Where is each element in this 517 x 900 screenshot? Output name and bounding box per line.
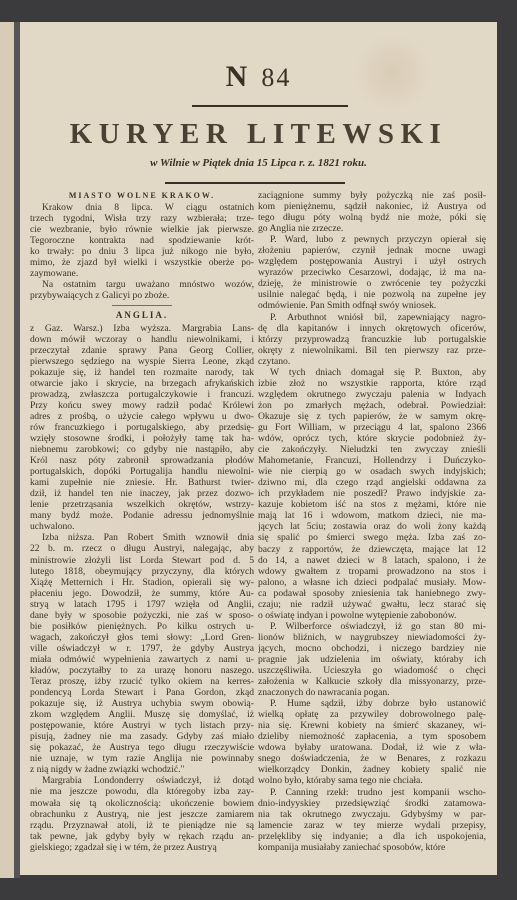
article-londonderry: Margrabia Londonderry oświadczył, iż dot… bbox=[30, 775, 254, 852]
text-line: niebnemu zarobkowi; co gdyby nie nastąpi… bbox=[30, 444, 254, 455]
text-line: kładów, poczytałby to za urazę honoru na… bbox=[30, 665, 254, 676]
text-line: P. Ward, lubo z pewnych przyczyn opierał… bbox=[258, 234, 486, 245]
text-line: z nią nigdy w żadne związki wchodzić." bbox=[30, 764, 254, 775]
text-line: Izba niższa. Pan Robert Smith wznowił dn… bbox=[30, 532, 254, 543]
text-line: down mówił wczoray o handlu niewolnikami… bbox=[30, 334, 254, 345]
text-line: Przy końcu swey mowy radził podać Królew… bbox=[30, 400, 254, 411]
text-line: wdowa byłaby uratowana. Dodał, iż wie z … bbox=[258, 742, 486, 753]
text-line: zaciągnione summy były pożyczką nie zaś … bbox=[258, 190, 486, 201]
text-line: lionów bliźnich, w naygrubszey niewiadom… bbox=[258, 632, 486, 643]
text-line: wyrazów przeciwko Cesarzowi, dodając, iż… bbox=[258, 267, 486, 278]
text-line: nia tak okrutnego zwyczaju. Gdybyśmy w p… bbox=[258, 809, 486, 820]
text-line: mowała się tą okolicznością: ukończenie … bbox=[30, 798, 254, 809]
section-heading-anglia: ANGLIA. bbox=[30, 310, 254, 321]
article-anglia-lower-house: Izba niższa. Pan Robert Smith wznowił dn… bbox=[30, 532, 254, 775]
text-line: go Anglia nie zrzecze. bbox=[258, 223, 486, 234]
text-line: rów francuzkiego i portugalskiego, aby p… bbox=[30, 422, 254, 433]
text-line: bie posiłków pieniężnych. Po kilku ostry… bbox=[30, 621, 254, 632]
article-ward: P. Ward, lubo z pewnych przyczyn opierał… bbox=[258, 234, 486, 311]
text-line: Okazuje się z tych papierów, że w samym … bbox=[258, 411, 486, 422]
text-line: odmówienie. Pan Smith odfnął swóy wniose… bbox=[258, 300, 486, 311]
text-line: wdowy gwałtem z tropami prowadzono na st… bbox=[258, 566, 486, 577]
text-line: z Gaz. Warsz.) Izba wyższa. Margrabia La… bbox=[30, 323, 254, 334]
newspaper-title: KURYER LITEWSKI bbox=[20, 118, 497, 151]
masthead-rule-bottom bbox=[165, 182, 345, 184]
text-line: izbie złoż no wszystkie rapporta, które … bbox=[258, 378, 486, 389]
text-line: obrachunku z Austryą, nie jest jeszcze z… bbox=[30, 809, 254, 820]
text-line: nia się. Krewni kobiety na śmierć skazan… bbox=[258, 720, 486, 731]
text-line: jących, mocno obchodzi, i niczego bardzi… bbox=[258, 643, 486, 654]
text-line: jących lat 5ciu; zostawia oraz do woli ż… bbox=[258, 521, 486, 532]
text-line: nie uznaje, w tym razie Anglija nie powi… bbox=[30, 753, 254, 764]
text-line: dane były w sposobie pożyczki, nie zaś w… bbox=[30, 610, 254, 621]
text-line: którzy przyprowadzą francuzkie lub portu… bbox=[258, 334, 486, 345]
text-line: pokazuje się, iż Austrya uchybia swym ob… bbox=[30, 698, 254, 709]
text-line: otwarcie jako i skrycie, na brzegach afr… bbox=[30, 378, 254, 389]
text-line: Na ostatnim targu uważano mnóstwo wozów, bbox=[30, 279, 254, 290]
text-line: względem okrutnego zwyczaju palenia w In… bbox=[258, 389, 486, 400]
text-line: baczy z rapportów, że dziewczęta, mające… bbox=[258, 544, 486, 555]
text-line: cie wezbranie, było równie wielkie jak p… bbox=[30, 224, 254, 235]
article-canning: P. Canning rzekł: trudno jest kompanii w… bbox=[258, 787, 486, 853]
text-line: się spalić po śmierci swego męża. Izba z… bbox=[258, 532, 486, 543]
text-line: dził, iż handel ten nie inaczey, jak prz… bbox=[30, 488, 254, 499]
text-line: wdów, oprócz tych, które skrycie podobni… bbox=[258, 433, 486, 444]
text-line: Tegoroczne kontrakta nad spodziewanie kr… bbox=[30, 235, 254, 246]
issue-number-value: 84 bbox=[261, 63, 291, 92]
text-line: wielką opłatę za przywiley dobrowolnego … bbox=[258, 709, 486, 720]
text-line: P. Hume sądził, iżby dobrze było ustanow… bbox=[258, 698, 486, 709]
text-line: Krakow dnia 8 lipca. W ciągu ostatnich bbox=[30, 202, 254, 213]
text-line: kami zupełnie nie zniesie. Hr. Bathurst … bbox=[30, 477, 254, 488]
text-line: wolno było, któraby sama tego nie chciał… bbox=[258, 775, 486, 786]
text-line: nie ma jeszcze powodu, dla któregoby izb… bbox=[30, 786, 254, 797]
text-line: stryą w latach 1795 i 1797 wzięła od Ang… bbox=[30, 599, 254, 610]
text-line: trzech tygodni, Wisła trzy razy wzbierał… bbox=[30, 213, 254, 224]
text-line: kazuje kobietom iść na stos z mężami, kt… bbox=[258, 499, 486, 510]
text-line: mimo, że zjazd był wielki i wszystkie ob… bbox=[30, 257, 254, 268]
text-line: adres z prośbą, o użycie całego wpływu u… bbox=[30, 411, 254, 422]
article-buxton: W tych dniach domagał się P. Buxton, aby… bbox=[258, 367, 486, 621]
text-line: żon po zmarłych mężach, odebrał. Powiedz… bbox=[258, 400, 486, 411]
text-line: czytano. bbox=[258, 356, 486, 367]
text-line: P. Canning rzekł: trudno jest kompanii w… bbox=[258, 787, 486, 798]
section-divider bbox=[112, 305, 172, 306]
text-line: dę dla kapitanów i innych okrętowych ofi… bbox=[258, 323, 486, 334]
text-line: się pokazać, że Austrya tego długu rzecz… bbox=[30, 742, 254, 753]
text-line: usilnie nalegać będą, i nie pozwolą na z… bbox=[258, 289, 486, 300]
text-line: rządu. Przyznawał atoli, iż te pieniądze… bbox=[30, 820, 254, 831]
text-line: wielkorządcy Donkin, żadney kobiety spal… bbox=[258, 764, 486, 775]
text-line: gu Fort William, w przeciągu 4 lat, spal… bbox=[258, 422, 486, 433]
text-line: pisują, żadney nie ma zasady. Gdyby zaś … bbox=[30, 731, 254, 742]
text-line: pondencyą Lorda Stewart i Pana Gordon, z… bbox=[30, 687, 254, 698]
text-line: okręty z niewolnikami. Bil ten pierwszy … bbox=[258, 345, 486, 356]
newspaper-page: N84 KURYER LITEWSKI w Wilnie w Piątek dn… bbox=[20, 22, 497, 875]
text-line: lenie przetrząsania wszelkich okrętów, w… bbox=[30, 499, 254, 510]
text-line: kom pieniężnemu, sądził nakoniec, iż Aus… bbox=[258, 201, 486, 212]
text-line: cie zakończyły. Nieludzki ten zwyczay zn… bbox=[258, 444, 486, 455]
text-line: palono, a własne ich dzieci podpalać mus… bbox=[258, 577, 486, 588]
text-line: Mahometanie, Francuzi, Hollendrzy i Duńc… bbox=[258, 455, 486, 466]
text-line: znaczonych do nawracania pogan. bbox=[258, 687, 486, 698]
text-line: postępowanie, które Austryi w tych lista… bbox=[30, 720, 254, 731]
text-line: dziwno mi, dla czego rząd angielski odda… bbox=[258, 477, 486, 488]
text-line: snego doświadczenia, że w Benares, z roz… bbox=[258, 753, 486, 764]
text-line: wie nie cierpią go w osadach swych indyj… bbox=[258, 466, 486, 477]
text-line: pierwszego sędziego na wyspie Sierra Leo… bbox=[30, 356, 254, 367]
issue-number-prefix: N bbox=[226, 60, 250, 93]
text-line: pragnie jak udzielenia im oświaty, która… bbox=[258, 654, 486, 665]
text-line: przelękliby się indyanie; a dla ich uspo… bbox=[258, 831, 486, 842]
text-line: P. Arbuthnot wniósł bil, zapewniający na… bbox=[258, 312, 486, 323]
text-line: założenia w Kalkucie szkoły dla missyona… bbox=[258, 676, 486, 687]
text-line: płaceniu jego. Dowodził, że summy, które… bbox=[30, 588, 254, 599]
text-line: gielskiego; zgadzał się i w tém, że prze… bbox=[30, 842, 254, 853]
text-line: wzięły stosowne środki, i położyły tamę … bbox=[30, 433, 254, 444]
text-line: przeczytał zdanie sprawy Pana Georg Coll… bbox=[30, 345, 254, 356]
text-line: Xiążę Metternich i Hr. Stadion, opierali… bbox=[30, 577, 254, 588]
text-line: Margrabia Londonderry oświadczył, iż dot… bbox=[30, 775, 254, 786]
text-line: 22 b. m. rzecz o długu Austryi, nalegają… bbox=[30, 543, 254, 554]
section-heading-krakow: MIASTO WOLNE KRAKOW. bbox=[30, 190, 254, 201]
text-line: uszczęśliwiła. Ucieszyła go wiadomość o … bbox=[258, 665, 486, 676]
text-line: dnio-indyyskiey przedsięwziąć środki zat… bbox=[258, 798, 486, 809]
text-line: portugalskich, dopóki Portugalija handlu… bbox=[30, 466, 254, 477]
text-line: lamencie zaraz w tey mierze wydali przep… bbox=[258, 820, 486, 831]
left-column: MIASTO WOLNE KRAKOW. Krakow dnia 8 lipca… bbox=[30, 190, 254, 853]
text-line: kompanija musiałaby zaniechać sposobów, … bbox=[258, 842, 486, 853]
text-line: lutego 1818, obeymujący przyczyny, dla k… bbox=[30, 566, 254, 577]
text-line: tego długu póty wolną bydź nie może, pók… bbox=[258, 212, 486, 223]
text-line: uchwalono. bbox=[30, 521, 254, 532]
article-continuation: zaciągnione summy były pożyczką nie zaś … bbox=[258, 190, 486, 234]
text-line: zkom względem Anglii. Muszę się domyślać… bbox=[30, 709, 254, 720]
text-line: miała odmówić wypełnienia zawartych z na… bbox=[30, 654, 254, 665]
text-line: prowadzą, zwłaszcza portugalczykowie i f… bbox=[30, 389, 254, 400]
text-line: ko trwały: po dniu 3 lipca już nikogo ni… bbox=[30, 246, 254, 257]
issue-number: N84 bbox=[20, 60, 497, 94]
text-line: względem postępowania Austryi i użył ost… bbox=[258, 256, 486, 267]
text-line: czaju; nie radził używać gwałtu, lecz st… bbox=[258, 599, 486, 610]
article-hume: P. Hume sądził, iżby dobrze było ustanow… bbox=[258, 698, 486, 786]
text-line: many bydź może. Podanie adressu jednomyś… bbox=[30, 510, 254, 521]
text-line: do 14, a nawet dzieci w 8 latach, spalon… bbox=[258, 555, 486, 566]
text-line: Król nasz póty zabronił sprowadzania pło… bbox=[30, 455, 254, 466]
text-line: ich przykładem nie poszedł? Prawo indyjs… bbox=[258, 488, 486, 499]
text-line: Teraz proszę, iżby rzucić tylko okiem na… bbox=[30, 676, 254, 687]
text-line: P. Wilberforce oświadczył, iż go stan 80… bbox=[258, 621, 486, 632]
article-arbuthnot: P. Arbuthnot wniósł bil, zapewniający na… bbox=[258, 312, 486, 367]
text-line: mają lat 16 i wdowom, matkom dzieci, nie… bbox=[258, 510, 486, 521]
text-line: zaymowane. bbox=[30, 268, 254, 279]
text-line: dzieję, że ministrowie o zwrócenie tey p… bbox=[258, 278, 486, 289]
article-anglia-upper-house: z Gaz. Warsz.) Izba wyższa. Margrabia La… bbox=[30, 323, 254, 533]
text-line: ville oświadczył w r. 1797, że gdyby Aus… bbox=[30, 643, 254, 654]
text-line: złożeniu papierów, czynił jednak mocne u… bbox=[258, 245, 486, 256]
article-wilberforce: P. Wilberforce oświadczył, iż go stan 80… bbox=[258, 621, 486, 698]
masthead-rule-top bbox=[192, 105, 348, 107]
text-line: przybywaiących z Galicyi po zboże. bbox=[30, 290, 254, 301]
text-line: o oświatę indyan i powolne wytępienie za… bbox=[258, 610, 486, 621]
text-line: wagach, zakończył głos temi słowy: „Lord… bbox=[30, 632, 254, 643]
article-krakow: Krakow dnia 8 lipca. W ciągu ostatnichtr… bbox=[30, 202, 254, 301]
text-line: ca podawał sposoby zniesienia tak hanieb… bbox=[258, 588, 486, 599]
text-line: ministrowie złożyli list Lorda Stewart p… bbox=[30, 555, 254, 566]
text-line: dzieliby niemożność zapłacenia, a tym sp… bbox=[258, 731, 486, 742]
text-line: pokazuje się, iż handel ten rozmaite nar… bbox=[30, 367, 254, 378]
text-line: tak pewne, jak gdyby były w rękach rządu… bbox=[30, 831, 254, 842]
text-line: W tych dniach domagał się P. Buxton, aby bbox=[258, 367, 486, 378]
right-column: zaciągnione summy były pożyczką nie zaś … bbox=[258, 190, 486, 853]
dateline: w Wilnie w Piątek dnia 15 Lipca r. z. 18… bbox=[20, 157, 497, 169]
